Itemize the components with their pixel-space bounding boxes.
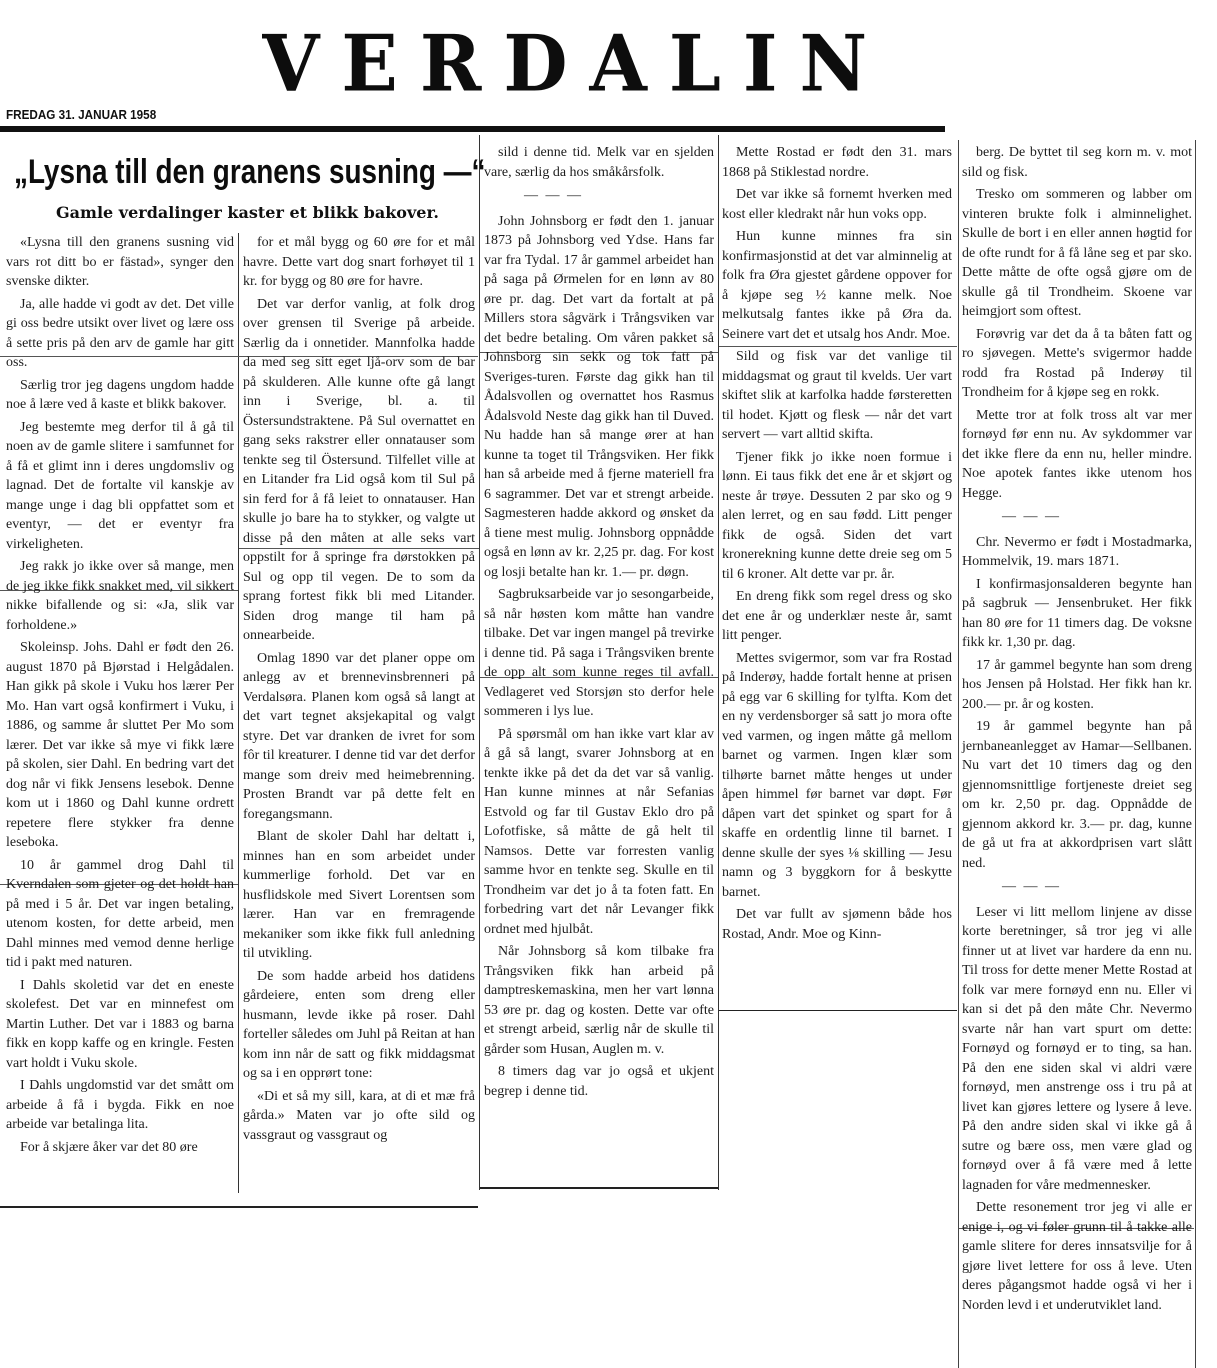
article-paragraph: 10 år gammel drog Dahl til Kverndalen so… <box>6 856 234 973</box>
article-paragraph: Ja, alle hadde vi godt av det. Det ville… <box>6 295 234 373</box>
article-paragraph: For å skjære åker var det 80 øre <box>6 1138 234 1158</box>
article-paragraph: Tresko om sommeren og labber om vinteren… <box>962 185 1192 322</box>
dateline: FREDAG 31. JANUAR 1958 <box>6 107 156 122</box>
section-separator: — — — <box>962 507 1192 527</box>
article-paragraph: Sild og fisk var det vanlige til middags… <box>722 347 952 445</box>
article-paragraph: 8 timers dag var jo også et ukjent begre… <box>484 1062 714 1101</box>
article-paragraph: berg. De byttet til seg korn m. v. mot s… <box>962 143 1192 182</box>
article-column-2: for et mål bygg og 60 øre for et mål hav… <box>243 233 475 1148</box>
article-paragraph: Leser vi litt mellom linjene av disse ko… <box>962 903 1192 1196</box>
article-paragraph: for et mål bygg og 60 øre for et mål hav… <box>243 233 475 292</box>
newspaper-clipping: VERDALIN FREDAG 31. JANUAR 1958 „Lysna t… <box>0 0 1217 1368</box>
masthead-title: VERDALIN <box>262 26 952 102</box>
section-separator: — — — <box>484 186 714 206</box>
article-paragraph: Mette Rostad er født den 31. mars 1868 p… <box>722 143 952 182</box>
bottom-rule <box>0 1206 478 1208</box>
article-paragraph: En dreng fikk som regel dress og sko det… <box>722 587 952 646</box>
article-paragraph: På spørsmål om han ikke vart klar av å g… <box>484 725 714 940</box>
article-paragraph: Jeg rakk jo ikke over så mange, men de j… <box>6 557 234 635</box>
article-column-1: «Lysna till den granens susning vid vars… <box>6 233 234 1160</box>
article-column-3: sild i denne tid. Melk var en sjelden va… <box>484 143 714 1104</box>
column-divider <box>238 233 239 1193</box>
article-paragraph: Mette tror at folk tross alt var mer for… <box>962 406 1192 504</box>
article-paragraph: Dette resonement tror jeg vi alle er eni… <box>962 1198 1192 1315</box>
article-paragraph: Det var ikke så fornemt hverken med kost… <box>722 185 952 224</box>
article-paragraph: Omlag 1890 var det planer oppe om anlegg… <box>243 649 475 825</box>
masthead-rule <box>0 126 945 132</box>
article-paragraph: I Dahls skoletid var det en eneste skole… <box>6 976 234 1074</box>
article-headline: „Lysna till den granens susning —“ <box>14 152 391 192</box>
article-paragraph: Skoleinsp. Johs. Dahl er født den 26. au… <box>6 638 234 853</box>
article-paragraph: sild i denne tid. Melk var en sjelden va… <box>484 143 714 182</box>
article-paragraph: Hun kunne minnes fra sin konfirmasjonsti… <box>722 227 952 344</box>
article-paragraph: I Dahls ungdomstid var det smått om arbe… <box>6 1076 234 1135</box>
article-subheadline: Gamle verdalinger kaster et blikk bakove… <box>56 203 439 222</box>
article-column-5: berg. De byttet til seg korn m. v. mot s… <box>962 143 1192 1318</box>
article-paragraph: Det var derfor vanlig, at folk drog over… <box>243 295 475 646</box>
article-paragraph: Sagbruksarbeide var jo sesongarbeide, så… <box>484 585 714 722</box>
article-paragraph: Når Johnsborg så kom tilbake fra Trångsv… <box>484 942 714 1059</box>
article-paragraph: Det var fullt av sjømenn både hos Rostad… <box>722 905 952 944</box>
article-paragraph: «Di et så my sill, kara, at di et mæ frå… <box>243 1087 475 1146</box>
article-column-4: Mette Rostad er født den 31. mars 1868 p… <box>722 143 952 947</box>
article-paragraph: I konfirmasjonsalderen begynte han på sa… <box>962 575 1192 653</box>
article-paragraph: Blant de skoler Dahl har deltatt i, minn… <box>243 827 475 964</box>
article-paragraph: 19 år gammel begynte han på jernbaneanle… <box>962 717 1192 873</box>
article-paragraph: 17 år gammel begynte han som dreng hos J… <box>962 656 1192 715</box>
article-paragraph: De som hadde arbeid hos datidens gårdeie… <box>243 967 475 1084</box>
bottom-rule <box>719 1010 957 1011</box>
article-paragraph: Forøvrig var det da å ta båten fatt og r… <box>962 325 1192 403</box>
article-paragraph: Mettes svigermor, som var fra Rostad på … <box>722 649 952 903</box>
column-divider <box>718 135 719 1190</box>
bottom-rule <box>480 1187 718 1189</box>
section-separator: — — — <box>962 877 1192 897</box>
article-paragraph: Tjener fikk jo ikke noen formue i lønn. … <box>722 448 952 585</box>
article-paragraph: «Lysna till den granens susning vid vars… <box>6 233 234 292</box>
article-paragraph: Chr. Nevermo er født i Mostadmarka, Homm… <box>962 533 1192 572</box>
article-paragraph: Jeg bestemte meg derfor til å gå til noe… <box>6 418 234 555</box>
article-paragraph: John Johnsborg er født den 1. januar 187… <box>484 212 714 583</box>
article-paragraph: Særlig tror jeg dagens ungdom hadde noe … <box>6 376 234 415</box>
column-divider <box>479 135 480 1190</box>
